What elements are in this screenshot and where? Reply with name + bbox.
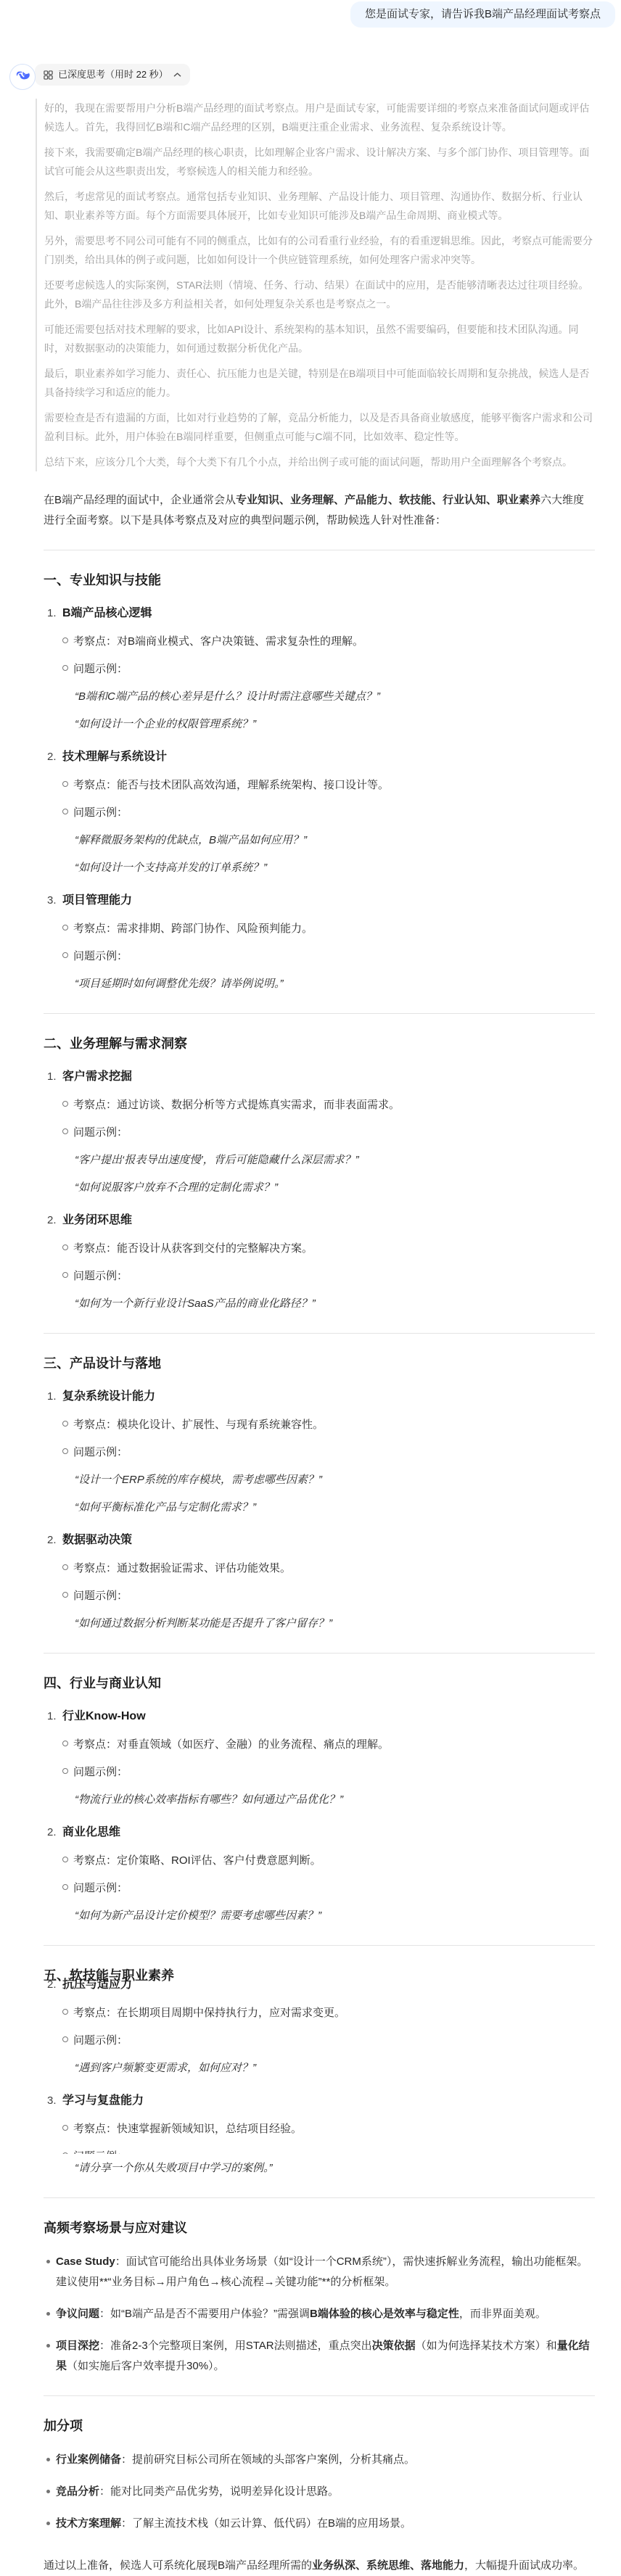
section-divider — [44, 550, 595, 550]
answer-intro: 在B端产品经理的面试中，企业通常会从专业知识、业务理解、产品能力、软技能、行业认… — [44, 490, 595, 531]
example-question: “遇到客户频繁变更需求，如何应对？” — [75, 2058, 595, 2078]
plain-text: 通过以上准备，候选人可系统化展现B端产品经理所需的 — [44, 2559, 312, 2572]
example-label-row: 问题示例： — [62, 1762, 595, 1783]
bold-text: 争议问题 — [56, 2308, 99, 2320]
thinking-block: 好的，我现在需要帮用户分析B端产品经理的面试考察点。用户是面试专家，可能需要详细… — [36, 99, 595, 471]
bold-text: 业务纵深、系统思维、落地能力 — [312, 2559, 464, 2572]
list-item-title: 学习与复盘能力 — [62, 2094, 144, 2107]
list-item-head: 3.项目管理能力 — [47, 891, 595, 910]
example-question: “如何通过数据分析判断某功能是否提升了客户留存？” — [75, 1614, 595, 1634]
user-message-row: 您是面试专家，请告诉我B端产品经理面试考察点 — [0, 0, 621, 28]
example-label: 问题示例： — [73, 1878, 128, 1899]
list-item: 2.技术理解与系统设计考察点：能否与技术团队高效沟通，理解系统架构、接口设计等。… — [44, 748, 595, 878]
point-text: 考察点：通过访谈、数据分析等方式提炼真实需求，而非表面需求。 — [73, 1095, 400, 1115]
circle-bullet — [62, 1101, 68, 1107]
list-item-number: 1. — [47, 604, 57, 623]
bold-text: Case Study — [56, 2255, 115, 2268]
example-label: 问题示例： — [73, 1762, 128, 1783]
deepseek-whale-logo-icon — [15, 67, 30, 87]
circle-bullet — [62, 2125, 68, 2131]
example-label: 问题示例： — [73, 1586, 128, 1606]
bonus-title: 加分项 — [44, 2416, 595, 2435]
example-label: 问题示例： — [73, 659, 128, 680]
list-item-head: 2.业务闭环思维 — [47, 1211, 595, 1230]
bold-text: 技术方案理解 — [56, 2517, 121, 2530]
assistant-avatar — [9, 64, 36, 90]
section-title: 一、专业知识与技能 — [44, 571, 595, 590]
list-item: 1.客户需求挖掘考察点：通过访谈、数据分析等方式提炼真实需求，而非表面需求。问题… — [44, 1068, 595, 1198]
list-item-title: 技术理解与系统设计 — [62, 751, 167, 763]
section-title: 三、产品设计与落地 — [44, 1354, 595, 1373]
section-list: 2.抗压与适应力考察点：在长期项目周期中保持执行力，应对需求变更。问题示例：“遇… — [44, 1976, 595, 2179]
example-label: 问题示例： — [73, 1266, 128, 1287]
list-item-detail: 考察点：在长期项目周期中保持执行力，应对需求变更。问题示例：“遇到客户频繁变更需… — [47, 2003, 595, 2078]
point-row: 考察点：对垂直领域（如医疗、金融）的业务流程、痛点的理解。 — [62, 1735, 595, 1755]
list-item-head: 2.抗压与适应力 — [47, 1976, 595, 1994]
circle-bullet — [62, 2009, 68, 2015]
circle-bullet — [62, 2036, 68, 2042]
point-text: 考察点：能否设计从获客到交付的完整解决方案。 — [73, 1239, 313, 1259]
circle-bullet — [62, 1564, 68, 1570]
point-row: 考察点：通过数据验证需求、评估功能效果。 — [62, 1559, 595, 1579]
list-item-head: 1.B端产品核心逻辑 — [47, 604, 595, 623]
list-item-number: 3. — [47, 2092, 57, 2110]
point-text: 考察点：对垂直领域（如医疗、金融）的业务流程、痛点的理解。 — [73, 1735, 389, 1755]
example-question: “设计一个ERP系统的库存模块，需考虑哪些因素？” — [75, 1470, 595, 1490]
point-row: 考察点：能否与技术团队高效沟通，理解系统架构、接口设计等。 — [62, 775, 595, 796]
disc-bullet — [46, 2260, 50, 2263]
point-text: 考察点：定价策略、ROI评估、客户付费意愿判断。 — [73, 1851, 321, 1871]
plain-text: 在B端产品经理的面试中，企业通常会从 — [44, 494, 236, 506]
section-divider — [44, 2395, 595, 2396]
circle-bullet — [62, 1421, 68, 1427]
list-item-number: 1. — [47, 1387, 57, 1406]
example-label-row: 问题示例： — [62, 803, 595, 823]
list-item-detail: 考察点：通过数据验证需求、评估功能效果。问题示例：“如何通过数据分析判断某功能是… — [47, 1559, 595, 1634]
list-item-head: 2.商业化思维 — [47, 1823, 595, 1842]
list-item-title: 数据驱动决策 — [62, 1534, 132, 1546]
list-item-head: 1.复杂系统设计能力 — [47, 1387, 595, 1406]
thinking-paragraph: 总结下来，应该分几个大类，每个大类下有几个小点，并给出例子或可能的面试问题，帮助… — [44, 453, 595, 471]
scenario-title: 高频考察场景与应对建议 — [44, 2218, 595, 2237]
example-question: “如何说服客户放弃不合理的定制化需求？” — [75, 1178, 595, 1198]
plain-text: ：能对比同类产品优劣势，说明差异化设计思路。 — [99, 2485, 339, 2498]
bonus-list: 行业案例储备：提前研究目标公司所在领域的头部客户案例，分析其痛点。竞品分析：能对… — [44, 2450, 595, 2534]
section-list: 1.客户需求挖掘考察点：通过访谈、数据分析等方式提炼真实需求，而非表面需求。问题… — [44, 1068, 595, 1314]
list-item-detail: 考察点：能否设计从获客到交付的完整解决方案。问题示例：“如何为一个新行业设计Sa… — [47, 1239, 595, 1314]
bullet-item: 争议问题：如“B端产品是否不需要用户体验？”需强调B端体验的核心是效率与稳定性，… — [44, 2304, 595, 2324]
list-item-detail: 考察点：能否与技术团队高效沟通，理解系统架构、接口设计等。问题示例：“解释微服务… — [47, 775, 595, 878]
example-label-row: 问题示例： — [62, 2031, 595, 2051]
list-item-title: 业务闭环思维 — [62, 1214, 132, 1226]
list-item-detail: 考察点：通过访谈、数据分析等方式提炼真实需求，而非表面需求。问题示例：“客户提出… — [47, 1095, 595, 1198]
circle-bullet — [62, 1128, 68, 1134]
bullet-item: 技术方案理解：了解主流技术栈（如云计算、低代码）在B端的应用场景。 — [44, 2514, 595, 2534]
example-question: “物流行业的核心效率指标有哪些？如何通过产品优化？” — [75, 1790, 595, 1810]
list-item: 1.复杂系统设计能力考察点：模块化设计、扩展性、与现有系统兼容性。问题示例：“设… — [44, 1387, 595, 1518]
example-question: “如何平衡标准化产品与定制化需求？” — [75, 1498, 595, 1518]
plain-text: ：面试官可能给出具体业务场景（如“设计一个CRM系统”），需快速拆解业务流程，输… — [56, 2255, 588, 2288]
user-message-bubble: 您是面试专家，请告诉我B端产品经理面试考察点 — [350, 1, 615, 28]
list-item-head: 2.数据驱动决策 — [47, 1531, 595, 1550]
example-label: 问题示例： — [73, 2031, 128, 2051]
list-item-head: 2.技术理解与系统设计 — [47, 748, 595, 767]
point-row: 考察点：快速掌握新领域知识，总结项目经验。 — [62, 2119, 595, 2139]
chevron-up-icon — [173, 72, 181, 78]
circle-bullet — [62, 1244, 68, 1250]
bullet-item: 项目深挖：准备2-3个完整项目案例，用STAR法则描述，重点突出决策依据（如为何… — [44, 2336, 595, 2377]
list-item-detail: 考察点：快速掌握新领域知识，总结项目经验。问题示例：“请分享一个你从失败项目中学… — [47, 2119, 595, 2179]
bold-text: 竞品分析 — [56, 2485, 99, 2498]
thinking-paragraph: 需要检查是否有遗漏的方面，比如对行业趋势的了解，竞品分析能力，以及是否具备商业敏… — [44, 408, 595, 446]
example-question: “请分享一个你从失败项目中学习的案例。” — [75, 2158, 595, 2179]
point-text: 考察点：模块化设计、扩展性、与现有系统兼容性。 — [73, 1415, 324, 1435]
plain-text: ：提前研究目标公司所在领域的头部客户案例，分析其痛点。 — [121, 2453, 415, 2466]
list-item-number: 2. — [47, 1823, 57, 1842]
example-label-row: 问题示例： — [62, 659, 595, 680]
thinking-paragraph: 然后，考虑常见的面试考察点。通常包括专业知识、业务理解、产品设计能力、项目管理、… — [44, 187, 595, 225]
circle-bullet — [62, 1884, 68, 1890]
point-text: 考察点：在长期项目周期中保持执行力，应对需求变更。 — [73, 2003, 345, 2023]
deep-think-label: 已深度思考（用时 22 秒） — [58, 69, 168, 80]
section-divider — [44, 1945, 595, 1946]
example-label-row: 问题示例： — [62, 1878, 595, 1899]
bold-text: 项目深挖 — [56, 2340, 99, 2352]
point-row: 考察点：定价策略、ROI评估、客户付费意愿判断。 — [62, 1851, 595, 1871]
list-item-title: 客户需求挖掘 — [62, 1070, 132, 1083]
example-label: 问题示例： — [73, 2147, 128, 2154]
plain-text: ：如“B端产品是否不需要用户体验？”需强调 — [99, 2308, 310, 2320]
circle-bullet — [62, 952, 68, 958]
list-item: 1.行业Know-How考察点：对垂直领域（如医疗、金融）的业务流程、痛点的理解… — [44, 1707, 595, 1810]
example-label-row: 问题示例： — [62, 1586, 595, 1606]
answer-outro: 通过以上准备，候选人可系统化展现B端产品经理所需的业务纵深、系统思维、落地能力，… — [44, 2556, 595, 2576]
circle-bullet — [62, 1741, 68, 1746]
section-title: 四、行业与商业认知 — [44, 1674, 595, 1693]
section-list: 1.B端产品核心逻辑考察点：对B端商业模式、客户决策链、需求复杂性的理解。问题示… — [44, 604, 595, 994]
list-item-title: 行业Know-How — [62, 1710, 146, 1722]
point-row: 考察点：对B端商业模式、客户决策链、需求复杂性的理解。 — [62, 632, 595, 652]
example-label: 问题示例： — [73, 803, 128, 823]
example-question: “项目延期时如何调整优先级？请举例说明。” — [75, 974, 595, 994]
example-question: “客户提出‘报表导出速度慢’，背后可能隐藏什么深层需求？” — [75, 1150, 595, 1171]
circle-bullet — [62, 1768, 68, 1774]
circle-bullet — [62, 1448, 68, 1454]
point-row: 考察点：通过访谈、数据分析等方式提炼真实需求，而非表面需求。 — [62, 1095, 595, 1115]
list-item-title: B端产品核心逻辑 — [62, 607, 152, 619]
bullet-item: 行业案例储备：提前研究目标公司所在领域的头部客户案例，分析其痛点。 — [44, 2450, 595, 2470]
plain-text: （如实施后客户效率提升30%）。 — [67, 2360, 225, 2372]
thinking-paragraph: 还要考虑候选人的实际案例，STAR法则（情境、任务、行动、结果）在面试中的应用，… — [44, 276, 595, 313]
example-question: “如何为一个新行业设计SaaS产品的商业化路径？” — [75, 1294, 595, 1314]
list-item-head: 3.学习与复盘能力 — [47, 2092, 595, 2110]
example-label-row: 问题示例： — [62, 1123, 595, 1143]
thinking-paragraph: 另外，需要思考不同公司可能有不同的侧重点，比如有的公司看重行业经验，有的看重逻辑… — [44, 231, 595, 269]
list-item: 2.抗压与适应力考察点：在长期项目周期中保持执行力，应对需求变更。问题示例：“遇… — [44, 1976, 595, 2078]
example-label: 问题示例： — [73, 1123, 128, 1143]
plain-text: ：准备2-3个完整项目案例，用STAR法则描述，重点突出 — [99, 2340, 372, 2352]
circle-bullet — [62, 2152, 68, 2154]
plain-text: ：了解主流技术栈（如云计算、低代码）在B端的应用场景。 — [121, 2517, 411, 2530]
answer-body: 在B端产品经理的面试中，企业通常会从专业知识、业务理解、产品能力、软技能、行业认… — [35, 490, 595, 2576]
chat-page: 您是面试专家，请告诉我B端产品经理面试考察点 — [0, 0, 621, 2576]
list-item-number: 3. — [47, 891, 57, 910]
list-item-number: 2. — [47, 748, 57, 767]
example-question: “解释微服务架构的优缺点，B端产品如何应用？” — [75, 830, 595, 851]
point-text: 考察点：能否与技术团队高效沟通，理解系统架构、接口设计等。 — [73, 775, 389, 796]
point-row: 考察点：在长期项目周期中保持执行力，应对需求变更。 — [62, 2003, 595, 2023]
circle-bullet — [62, 781, 68, 787]
example-label-row: 问题示例： — [62, 1442, 595, 1463]
list-item-title: 复杂系统设计能力 — [62, 1390, 155, 1403]
list-item: 3.项目管理能力考察点：需求排期、跨部门协作、风险预判能力。问题示例：“项目延期… — [44, 891, 595, 994]
example-label: 问题示例： — [73, 1442, 128, 1463]
point-text: 考察点：通过数据验证需求、评估功能效果。 — [73, 1559, 291, 1579]
circle-bullet — [62, 1857, 68, 1862]
disc-bullet — [46, 2312, 50, 2316]
list-item-number: 1. — [47, 1707, 57, 1726]
list-item: 2.业务闭环思维考察点：能否设计从获客到交付的完整解决方案。问题示例：“如何为一… — [44, 1211, 595, 1314]
example-label-row: 问题示例： — [62, 2147, 595, 2154]
list-item-number: 2. — [47, 1531, 57, 1550]
list-item: 3.学习与复盘能力考察点：快速掌握新领域知识，总结项目经验。问题示例：“请分享一… — [44, 2092, 595, 2179]
assistant-content: 已深度思考（用时 22 秒） 好的，我现在需要帮用户分析B端产品经理的面试考察点… — [35, 64, 595, 2576]
disc-bullet — [46, 2458, 50, 2461]
example-question: “如何为新产品设计定价模型？需要考虑哪些因素？” — [75, 1906, 595, 1926]
example-label-row: 问题示例： — [62, 946, 595, 967]
example-label: 问题示例： — [73, 946, 128, 967]
point-text: 考察点：需求排期、跨部门协作、风险预判能力。 — [73, 919, 313, 939]
list-item-number: 1. — [47, 1068, 57, 1086]
list-item: 2.商业化思维考察点：定价策略、ROI评估、客户付费意愿判断。问题示例：“如何为… — [44, 1823, 595, 1926]
thinking-paragraph: 接下来，我需要确定B端产品经理的核心职责，比如理解企业客户需求、设计解决方案、与… — [44, 143, 595, 181]
example-question: “如何设计一个企业的权限管理系统？” — [75, 714, 595, 735]
list-item: 1.B端产品核心逻辑考察点：对B端商业模式、客户决策链、需求复杂性的理解。问题示… — [44, 604, 595, 735]
point-row: 考察点：模块化设计、扩展性、与现有系统兼容性。 — [62, 1415, 595, 1435]
circle-bullet — [62, 925, 68, 930]
circle-bullet — [62, 809, 68, 814]
list-item-detail: 考察点：对B端商业模式、客户决策链、需求复杂性的理解。问题示例：“B端和C端产品… — [47, 632, 595, 735]
section-title: 二、业务理解与需求洞察 — [44, 1034, 595, 1053]
disc-bullet — [46, 2344, 50, 2348]
list-item-title: 抗压与适应力 — [62, 1978, 132, 1991]
scenario-list: Case Study：面试官可能给出具体业务场景（如“设计一个CRM系统”），需… — [44, 2252, 595, 2377]
section-list: 1.行业Know-How考察点：对垂直领域（如医疗、金融）的业务流程、痛点的理解… — [44, 1707, 595, 1926]
section-list: 1.复杂系统设计能力考察点：模块化设计、扩展性、与现有系统兼容性。问题示例：“设… — [44, 1387, 595, 1634]
list-item-head: 1.客户需求挖掘 — [47, 1068, 595, 1086]
section-divider — [44, 2197, 595, 2198]
list-item-number: 2. — [47, 1976, 57, 1994]
example-question: “B端和C端产品的核心差异是什么？设计时需注意哪些关键点？” — [75, 687, 595, 707]
disc-bullet — [46, 2490, 50, 2493]
thinking-paragraph: 最后，职业素养如学习能力、责任心、抗压能力也是关键，特别是在B端项目中可能面临较… — [44, 364, 595, 402]
list-item-detail: 考察点：模块化设计、扩展性、与现有系统兼容性。问题示例：“设计一个ERP系统的库… — [47, 1415, 595, 1518]
section-divider — [44, 1333, 595, 1334]
section-divider — [44, 1653, 595, 1654]
list-item-title: 商业化思维 — [62, 1826, 120, 1838]
circle-bullet — [62, 1272, 68, 1278]
bullet-item: 竞品分析：能对比同类产品优劣势，说明差异化设计思路。 — [44, 2482, 595, 2502]
disc-bullet — [46, 2522, 50, 2525]
bold-text: B端体验的核心是效率与稳定性 — [310, 2308, 459, 2320]
plain-text: ，大幅提升面试成功率。 — [464, 2559, 584, 2572]
bullet-item: Case Study：面试官可能给出具体业务场景（如“设计一个CRM系统”），需… — [44, 2252, 595, 2292]
point-row: 考察点：需求排期、跨部门协作、风险预判能力。 — [62, 919, 595, 939]
list-item-head: 1.行业Know-How — [47, 1707, 595, 1726]
example-question: “如何设计一个支持高并发的订单系统？” — [75, 858, 595, 878]
point-text: 考察点：对B端商业模式、客户决策链、需求复杂性的理解。 — [73, 632, 363, 652]
bold-text: 专业知识、业务理解、产品能力、软技能、行业认知、职业素养 — [236, 494, 540, 506]
point-row: 考察点：能否设计从获客到交付的完整解决方案。 — [62, 1239, 595, 1259]
list-item-detail: 考察点：定价策略、ROI评估、客户付费意愿判断。问题示例：“如何为新产品设计定价… — [47, 1851, 595, 1926]
plain-text: ，而非界面美观。 — [459, 2308, 546, 2320]
point-text: 考察点：快速掌握新领域知识，总结项目经验。 — [73, 2119, 302, 2139]
thinking-paragraph: 好的，我现在需要帮用户分析B端产品经理的面试考察点。用户是面试专家，可能需要详细… — [44, 99, 595, 136]
example-label-row: 问题示例： — [62, 1266, 595, 1287]
list-item: 2.数据驱动决策考察点：通过数据验证需求、评估功能效果。问题示例：“如何通过数据… — [44, 1531, 595, 1634]
deep-think-icon — [44, 70, 53, 80]
section-divider — [44, 1013, 595, 1014]
list-item-title: 项目管理能力 — [62, 894, 132, 907]
bold-text: 行业案例储备 — [56, 2453, 121, 2466]
plain-text: （如为何选择某技术方案）和 — [416, 2340, 557, 2352]
circle-bullet — [62, 665, 68, 671]
list-item-number: 2. — [47, 1211, 57, 1230]
thinking-paragraph: 可能还需要包括对技术理解的要求，比如API设计、系统架构的基本知识，虽然不需要编… — [44, 320, 595, 358]
list-item-detail: 考察点：对垂直领域（如医疗、金融）的业务流程、痛点的理解。问题示例：“物流行业的… — [47, 1735, 595, 1810]
circle-bullet — [62, 1592, 68, 1598]
assistant-message: 已深度思考（用时 22 秒） 好的，我现在需要帮用户分析B端产品经理的面试考察点… — [0, 64, 621, 2576]
bold-text: 决策依据 — [372, 2340, 416, 2352]
list-item-detail: 考察点：需求排期、跨部门协作、风险预判能力。问题示例：“项目延期时如何调整优先级… — [47, 919, 595, 994]
circle-bullet — [62, 637, 68, 643]
deep-think-toggle-button[interactable]: 已深度思考（用时 22 秒） — [35, 64, 190, 86]
